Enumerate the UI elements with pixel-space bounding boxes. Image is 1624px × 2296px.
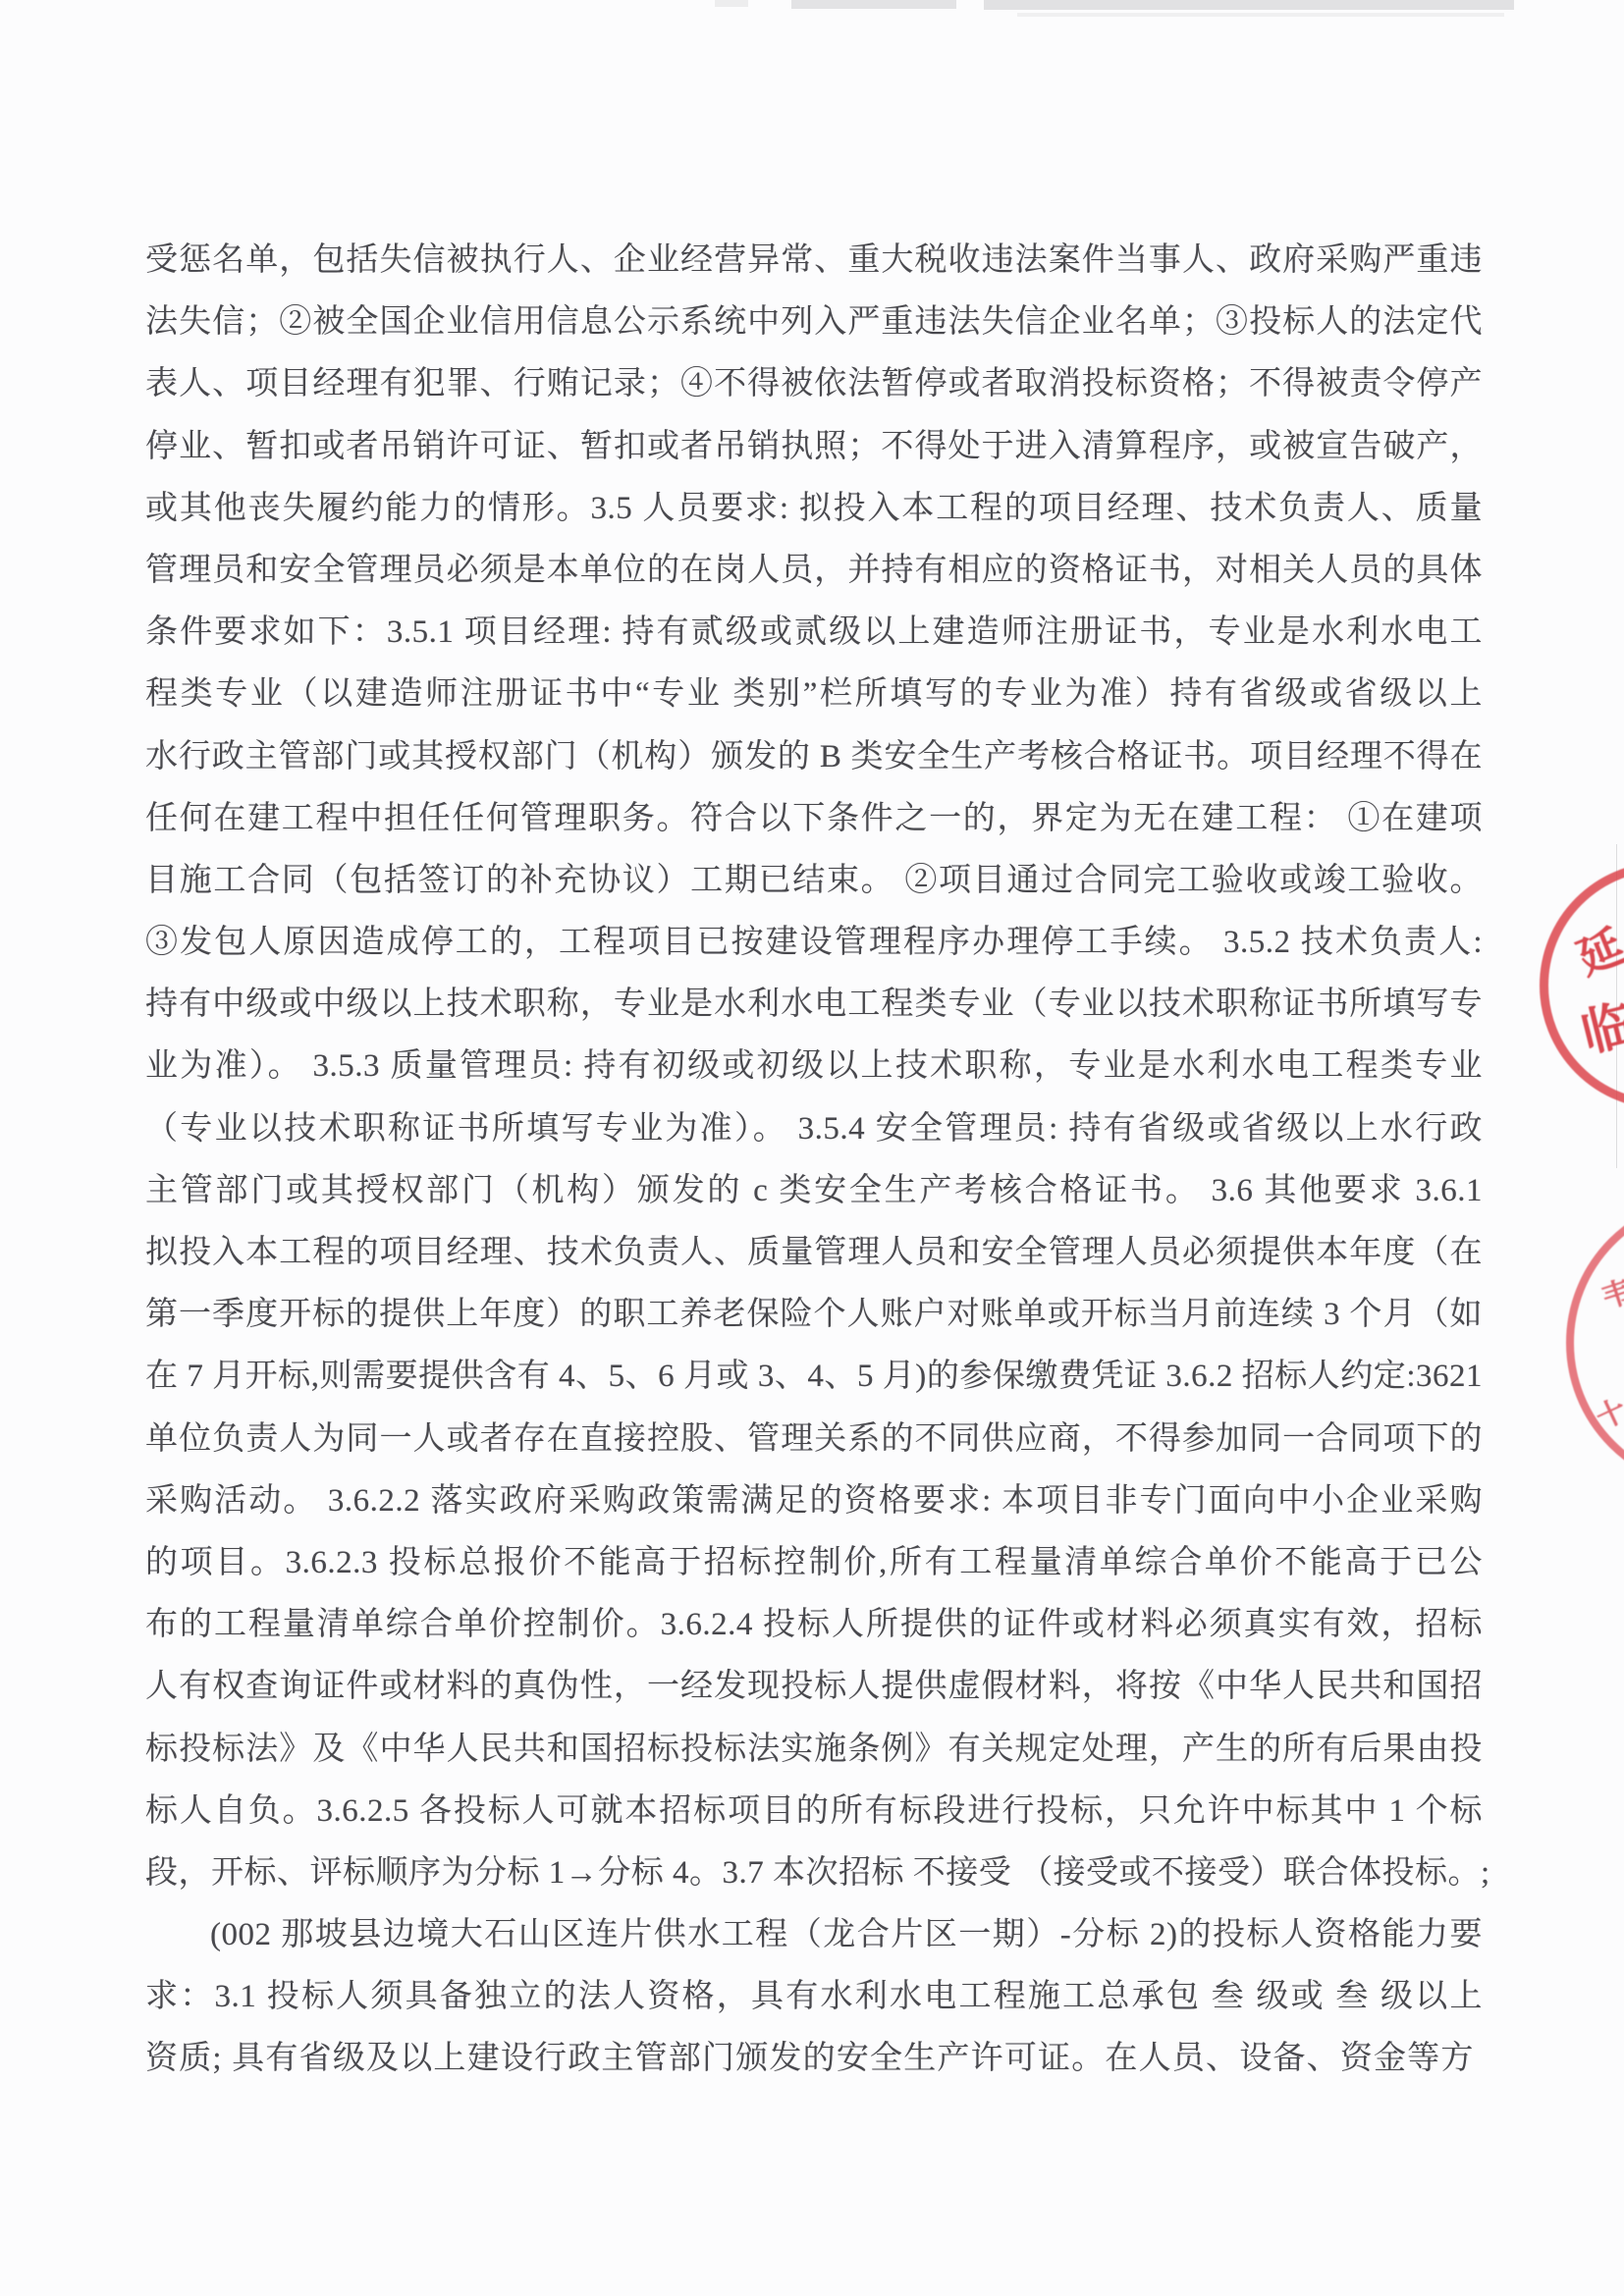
text-line: 受惩名单，包括失信被执行人、企业经营异常、重大税收违法案件当事人、政府采购严重违	[145, 230, 1483, 292]
text-line: （专业以技术职称证书所填写专业为准）。 3.5.4 安全管理员: 持有省级或省级…	[145, 1098, 1483, 1160]
text-line: 段，开标、评标顺序为分标 1→分标 4。3.7 本次招标 不接受 （接受或不接受…	[145, 1842, 1483, 1904]
text-line: ③发包人原因造成停工的，工程项目已按建设管理程序办理停工手续。 3.5.2 技术…	[145, 912, 1483, 974]
text-line: 求：3.1 投标人须具备独立的法人资格，具有水利水电工程施工总承包 叁 级或 叁…	[145, 1966, 1483, 2028]
text-line: 停业、暂扣或者吊销许可证、暂扣或者吊销执照；不得处于进入清算程序，或被宣告破产，	[145, 416, 1483, 478]
text-line: 法失信；②被全国企业信用信息公示系统中列入严重违法失信企业名单；③投标人的法定代	[145, 292, 1483, 353]
text-line: 资质; 具有省级及以上建设行政主管部门颁发的安全生产许可证。在人员、设备、资金等…	[145, 2028, 1483, 2090]
scan-artifact	[1017, 13, 1504, 17]
text-line: 主管部门或其授权部门（机构）颁发的 c 类安全生产考核合格证书。 3.6 其他要…	[145, 1160, 1483, 1222]
text-line: 人有权查询证件或材料的真伪性，一经发现投标人提供虚假材料，将按《中华人民共和国招	[145, 1656, 1483, 1718]
scan-artifact	[791, 0, 956, 9]
text-line: 的项目。3.6.2.3 投标总报价不能高于招标控制价,所有工程量清单综合单价不能…	[145, 1532, 1483, 1594]
text-line: 或其他丧失履约能力的情形。3.5 人员要求: 拟投入本工程的项目经理、技术负责人…	[145, 478, 1483, 540]
text-line: 条件要求如下：3.5.1 项目经理: 持有贰级或贰级以上建造师注册证书，专业是水…	[145, 602, 1483, 664]
text-line: 采购活动。 3.6.2.2 落实政府采购政策需满足的资格要求: 本项目非专门面向…	[145, 1470, 1483, 1532]
text-line: 第一季度开标的提供上年度）的职工养老保险个人账户对账单或开标当月前连续 3 个月…	[145, 1284, 1483, 1346]
text-line: 任何在建工程中担任任何管理职务。符合以下条件之一的，界定为无在建工程： ①在建项	[145, 788, 1483, 850]
scan-artifact	[984, 0, 1514, 10]
text-line: 标人自负。3.6.2.5 各投标人可就本招标项目的所有标段进行投标，只允许中标其…	[145, 1781, 1483, 1842]
red-seal-stamp-lower: 韦 十	[1566, 1196, 1624, 1500]
stamp-ring	[1566, 1196, 1624, 1490]
text-line: 单位负责人为同一人或者存在直接控股、管理关系的不同供应商，不得参加同一合同项下的	[145, 1409, 1483, 1470]
scan-artifact	[715, 0, 748, 7]
document-body-text: 受惩名单，包括失信被执行人、企业经营异常、重大税收违法案件当事人、政府采购严重违…	[145, 230, 1483, 2091]
scanned-document-page: 受惩名单，包括失信被执行人、企业经营异常、重大税收违法案件当事人、政府采购严重违…	[0, 0, 1624, 2296]
text-line: 持有中级或中级以上技术职称，专业是水利水电工程类专业（专业以技术职称证书所填写专	[145, 974, 1483, 1036]
text-line: 水行政主管部门或其授权部门（机构）颁发的 B 类安全生产考核合格证书。项目经理不…	[145, 726, 1483, 788]
text-line: 表人、项目经理有犯罪、行贿记录；④不得被依法暂停或者取消投标资格；不得被责令停产	[145, 353, 1483, 415]
text-line: 目施工合同（包括签订的补充协议）工期已结束。 ②项目通过合同完工验收或竣工验收。	[145, 850, 1483, 912]
red-seal-stamp-upper: 延 临	[1540, 862, 1624, 1127]
text-line: 布的工程量清单综合单价控制价。3.6.2.4 投标人所提供的证件或材料必须真实有…	[145, 1594, 1483, 1656]
text-line-paragraph-start: (002 那坡县边境大石山区连片供水工程（龙合片区一期）-分标 2)的投标人资格…	[145, 1904, 1483, 1966]
text-line: 程类专业（以建造师注册证书中“专业 类别”栏所填写的专业为准）持有省级或省级以上	[145, 664, 1483, 725]
text-line: 业为准）。 3.5.3 质量管理员: 持有初级或初级以上技术职称，专业是水利水电…	[145, 1036, 1483, 1097]
text-line: 管理员和安全管理员必须是本单位的在岗人员，并持有相应的资格证书，对相关人员的具体	[145, 540, 1483, 602]
text-line: 在 7 月开标,则需要提供含有 4、5、6 月或 3、4、5 月)的参保缴费凭证…	[145, 1346, 1483, 1408]
text-line: 拟投入本工程的项目经理、技术负责人、质量管理人员和安全管理人员必须提供本年度（在	[145, 1222, 1483, 1284]
text-line: 标投标法》及《中华人民共和国招标投标法实施条例》有关规定处理，产生的所有后果由投	[145, 1719, 1483, 1781]
